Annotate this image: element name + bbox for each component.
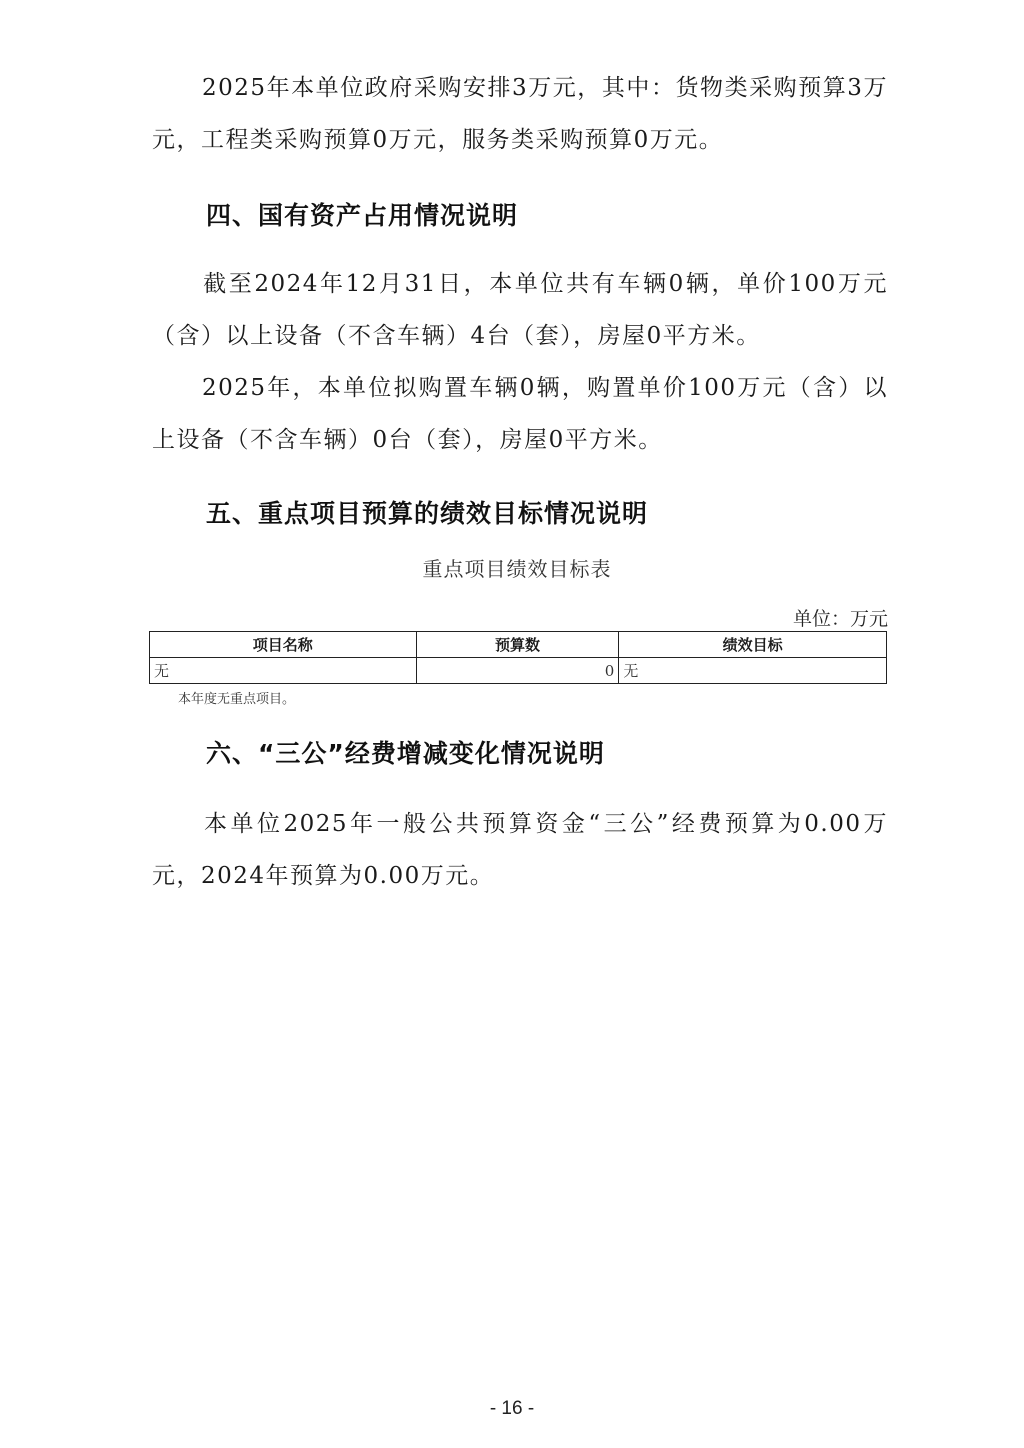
cell-budget: 0 bbox=[416, 658, 619, 684]
table-title: 重点项目绩效目标表 bbox=[0, 553, 1024, 582]
section-4-heading: 四、国有资产占用情况说明 bbox=[206, 196, 518, 232]
assets-paragraph-1: 截至2024年12月31日，本单位共有车辆0辆，单价100万元（含）以上设备（不… bbox=[152, 258, 888, 362]
column-header-project-name: 项目名称 bbox=[150, 632, 417, 658]
cell-goal: 无 bbox=[619, 658, 887, 684]
table-row: 无 0 无 bbox=[150, 658, 887, 684]
assets-paragraph-2: 2025年，本单位拟购置车辆0辆，购置单价100万元（含）以上设备（不含车辆）0… bbox=[152, 362, 888, 466]
section-6-heading: 六、“三公”经费增减变化情况说明 bbox=[206, 734, 605, 770]
table-header-row: 项目名称 预算数 绩效目标 bbox=[150, 632, 887, 658]
document-page: 2025年本单位政府采购安排3万元，其中：货物类采购预算3万元，工程类采购预算0… bbox=[0, 0, 1024, 1448]
page-number: - 16 - bbox=[0, 1398, 1024, 1420]
column-header-goal: 绩效目标 bbox=[619, 632, 887, 658]
performance-goals-table: 项目名称 预算数 绩效目标 无 0 无 bbox=[149, 631, 887, 684]
cell-project-name: 无 bbox=[150, 658, 417, 684]
column-header-budget: 预算数 bbox=[416, 632, 619, 658]
table-note: 本年度无重点项目。 bbox=[178, 688, 295, 707]
procurement-paragraph: 2025年本单位政府采购安排3万元，其中：货物类采购预算3万元，工程类采购预算0… bbox=[152, 62, 888, 166]
section-5-heading: 五、重点项目预算的绩效目标情况说明 bbox=[206, 494, 648, 530]
unit-label: 单位：万元 bbox=[793, 604, 888, 631]
three-public-expenses-paragraph: 本单位2025年一般公共预算资金“三公”经费预算为0.00万元，2024年预算为… bbox=[152, 798, 888, 902]
